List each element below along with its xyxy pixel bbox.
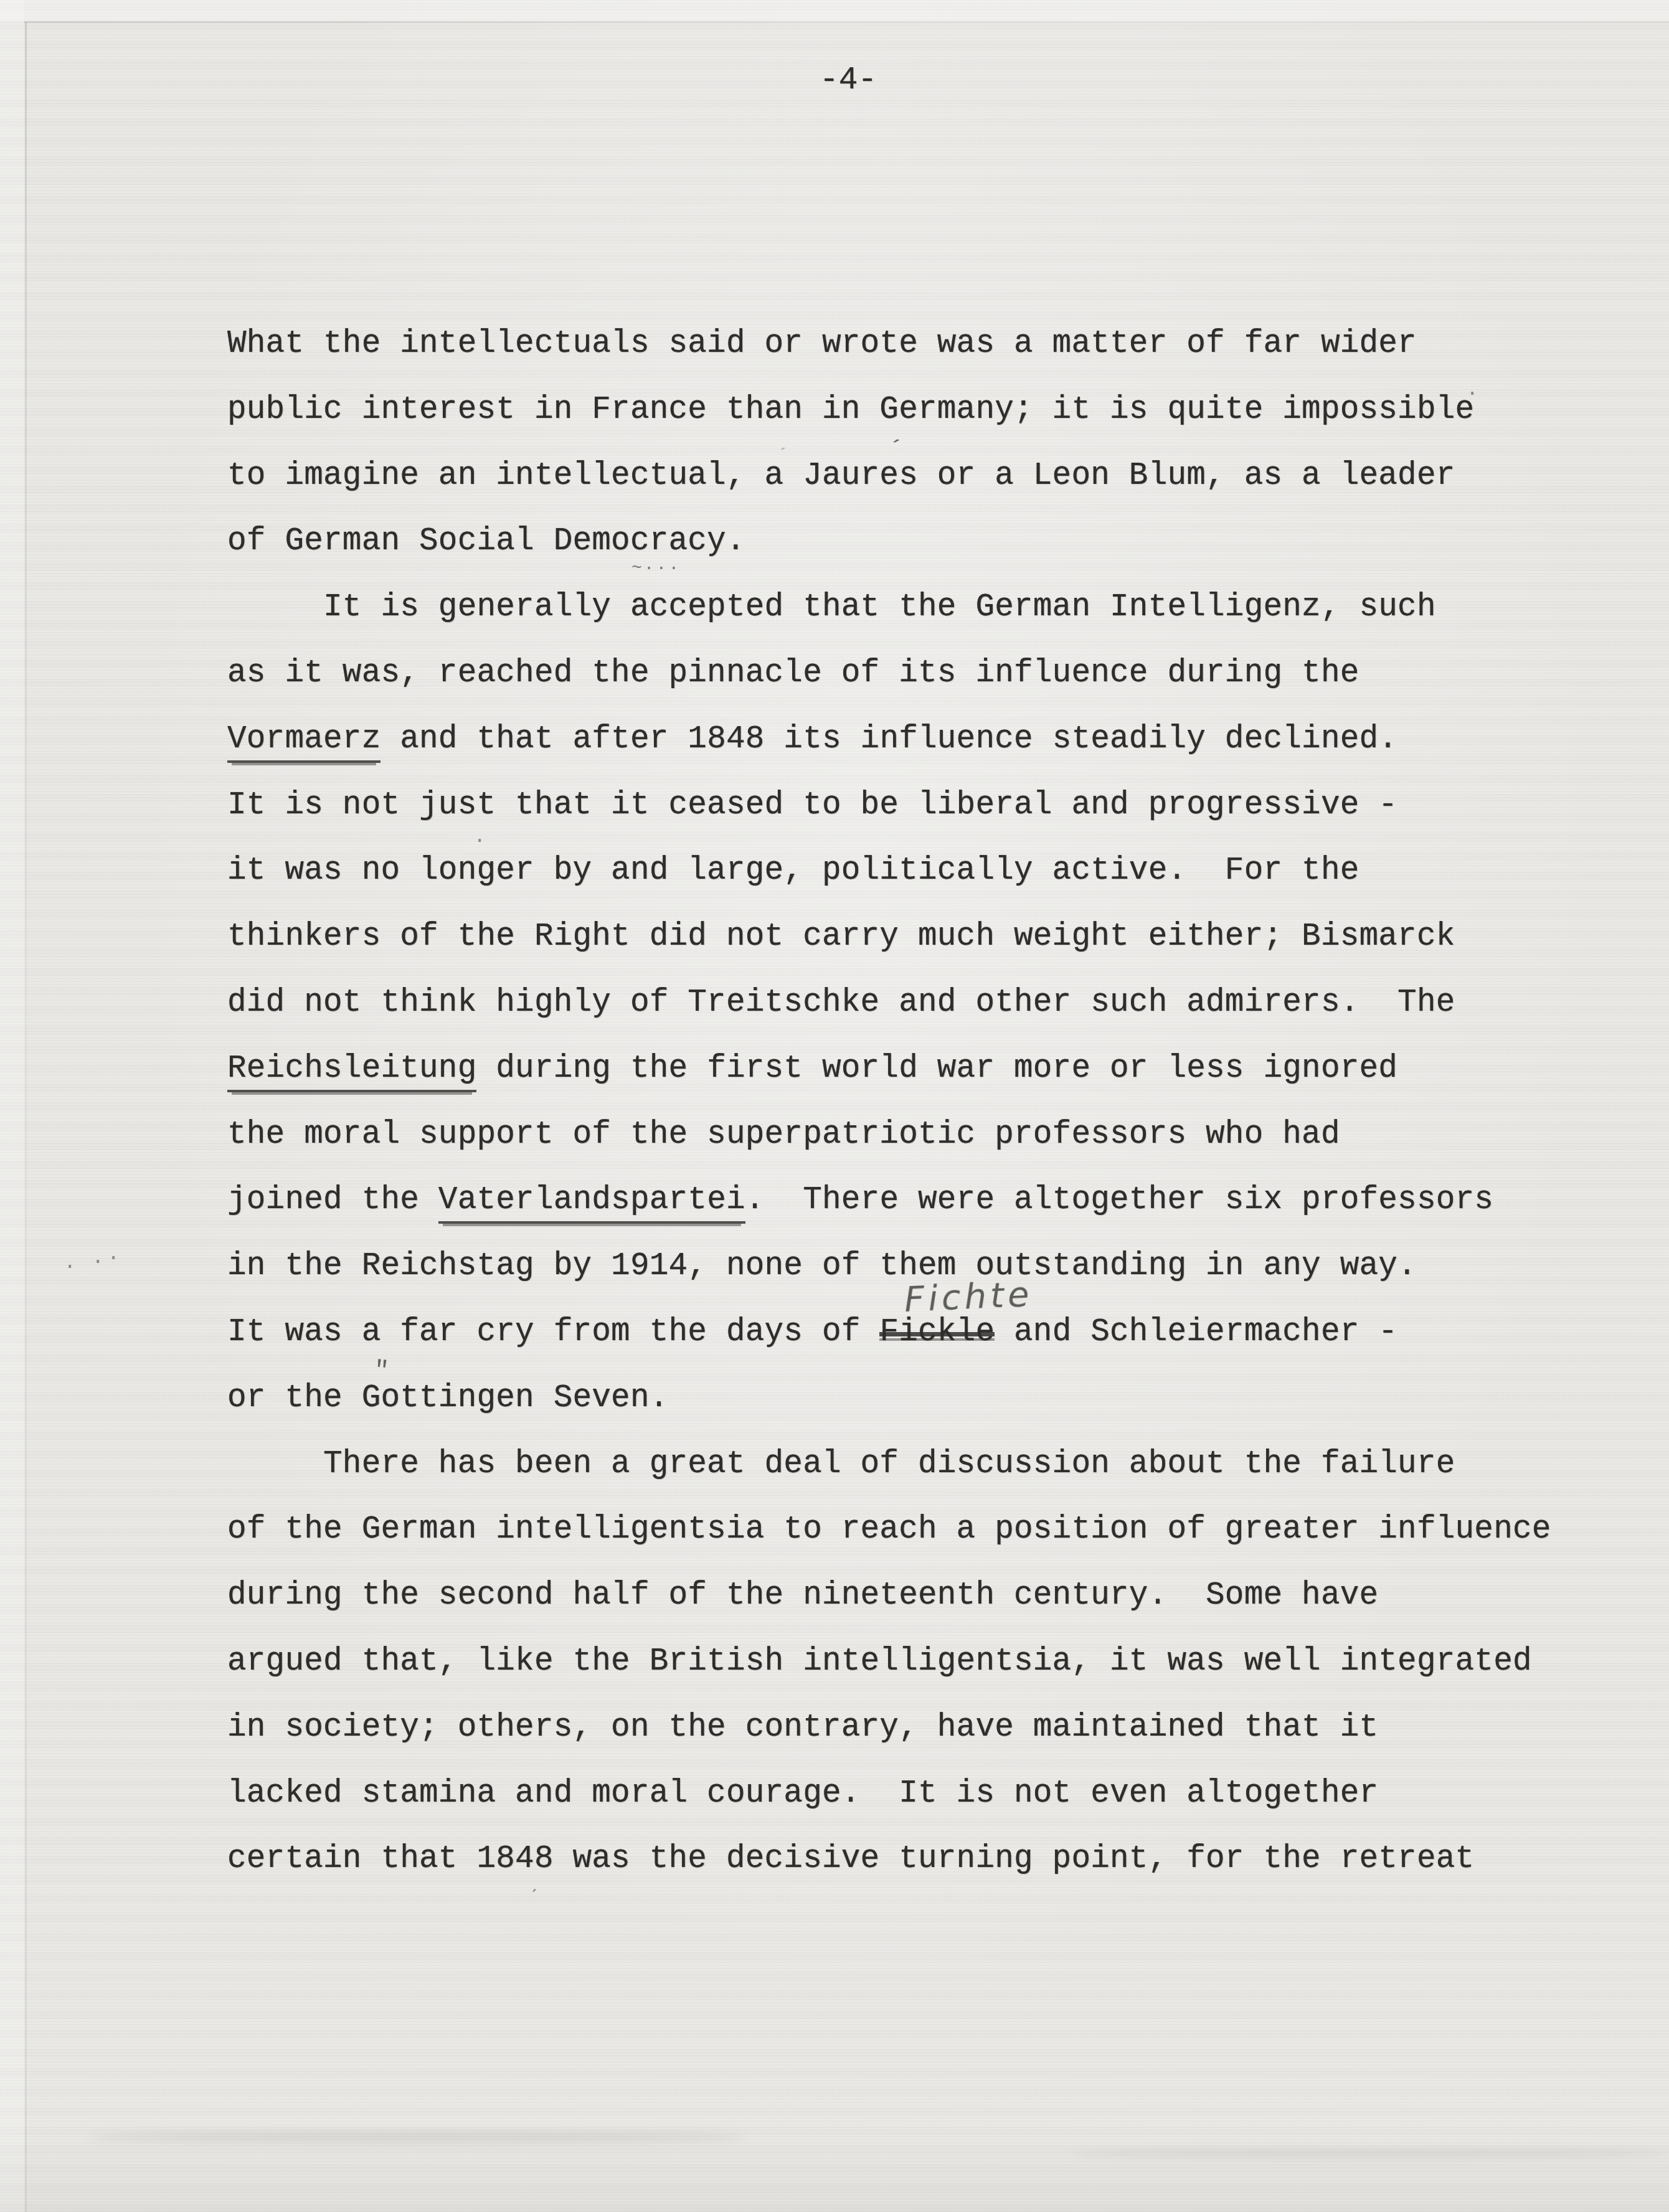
paper-edge-left [25, 22, 27, 2212]
text-line: It is generally accepted that the German… [227, 589, 1436, 626]
text-line: It is not just that it ceased to be libe… [227, 787, 1397, 825]
text-segment: the moral support of the superpatriotic … [227, 1117, 1340, 1153]
text-line: of German Social Democracy. [227, 523, 745, 560]
scan-bottom-shadow [0, 2125, 1669, 2212]
text-line: public interest in France than in German… [227, 392, 1474, 429]
text-segment: It is not just that it ceased to be libe… [227, 788, 1397, 823]
text-segment: certain that 1848 was the decisive turni… [227, 1841, 1474, 1877]
ink-squiggle-under-democracy: ~··· [631, 559, 681, 579]
text-segment: lacked stamina and moral courage. It is … [227, 1776, 1378, 1812]
text-line: did not think highly of Treitschke and o… [227, 985, 1455, 1022]
text-segment: What the intellectuals said or wrote was… [227, 326, 1417, 362]
text-line: It was a far cry from the days of Fickle… [227, 1314, 1397, 1351]
text-segment: to imagine an intellectual, a Jaures or … [227, 458, 1455, 494]
text-segment: of German Social Democracy. [227, 524, 745, 559]
text-line: or the Gottingen Seven. [227, 1380, 669, 1417]
text-line: to imagine an intellectual, a Jaures or … [227, 458, 1455, 495]
text-segment: . There were altogether six professors [745, 1183, 1493, 1218]
text-segment: There has been a great deal of discussio… [227, 1447, 1455, 1482]
text-line: joined the Vaterlandspartei. There were … [227, 1182, 1493, 1219]
struck-out-word: Fickle [879, 1315, 995, 1350]
text-segment: or the Gottingen Seven. [227, 1381, 669, 1416]
handwritten-umlaut-gottingen: ″ [372, 1357, 392, 1386]
page-number: -4- [820, 62, 877, 100]
text-line: Reichsleitung during the first world war… [227, 1051, 1397, 1088]
text-segment: in the Reichstag by 1914, none of them o… [227, 1249, 1417, 1284]
text-line: What the intellectuals said or wrote was… [227, 326, 1417, 363]
underlined-word: Reichsleitung [227, 1051, 476, 1092]
text-segment: public interest in France than in German… [227, 392, 1474, 428]
speck-after-impossible: · [1466, 382, 1478, 406]
text-segment: It is generally accepted that the German… [227, 590, 1436, 625]
text-line: lacked stamina and moral courage. It is … [227, 1775, 1378, 1813]
text-segment: It was a far cry from the days of [227, 1315, 879, 1350]
text-line: of the German intelligentsia to reach a … [227, 1511, 1551, 1549]
margin-speck: · [64, 1255, 76, 1279]
text-segment: as it was, reached the pinnacle of its i… [227, 656, 1359, 691]
text-line: Vormaerz and that after 1848 its influen… [227, 721, 1397, 759]
handwritten-correction-fichte: Fichte [904, 1274, 1034, 1320]
text-line: as it was, reached the pinnacle of its i… [227, 655, 1359, 692]
text-segment: during the first world war more or less … [476, 1051, 1397, 1087]
paper-edge-top [24, 21, 1669, 23]
text-line: in the Reichstag by 1914, none of them o… [227, 1248, 1417, 1285]
underlined-word: Vaterlandspartei [438, 1183, 745, 1224]
text-line: There has been a great deal of discussio… [227, 1446, 1455, 1483]
scan-edge-highlight-top [0, 0, 1669, 21]
scan-edge-highlight-left [0, 0, 24, 2212]
text-line: argued that, like the British intelligen… [227, 1643, 1532, 1681]
text-line: during the second half of the nineteenth… [227, 1577, 1378, 1615]
text-segment: and that after 1848 its influence steadi… [381, 722, 1397, 757]
text-segment: in society; others, on the contrary, hav… [227, 1710, 1378, 1746]
text-line: certain that 1848 was the decisive turni… [227, 1841, 1474, 1878]
text-segment: of the German intelligentsia to reach a … [227, 1512, 1551, 1548]
scanned-typewritten-page: -4- What the intellectuals said or wrote… [0, 0, 1669, 2212]
text-segment: it was no longer by and large, political… [227, 853, 1359, 889]
text-segment: during the second half of the nineteenth… [227, 1578, 1378, 1614]
margin-speck: · [92, 1250, 104, 1274]
underlined-word: Vormaerz [227, 722, 381, 763]
text-segment: did not think highly of Treitschke and o… [227, 985, 1455, 1021]
text-segment: thinkers of the Right did not carry much… [227, 919, 1455, 955]
text-segment: argued that, like the British intelligen… [227, 1644, 1532, 1680]
margin-speck: · [107, 1247, 120, 1270]
text-line: thinkers of the Right did not carry much… [227, 919, 1455, 956]
speck-under-ceased: · [473, 829, 486, 853]
text-segment: joined the [227, 1183, 438, 1218]
text-line: in society; others, on the contrary, hav… [227, 1709, 1378, 1747]
speck-under-1848: ˏ [528, 1871, 541, 1894]
text-segment: and Schleiermacher - [995, 1315, 1397, 1350]
text-line: the moral support of the superpatriotic … [227, 1117, 1340, 1154]
text-line: it was no longer by and large, political… [227, 853, 1359, 890]
